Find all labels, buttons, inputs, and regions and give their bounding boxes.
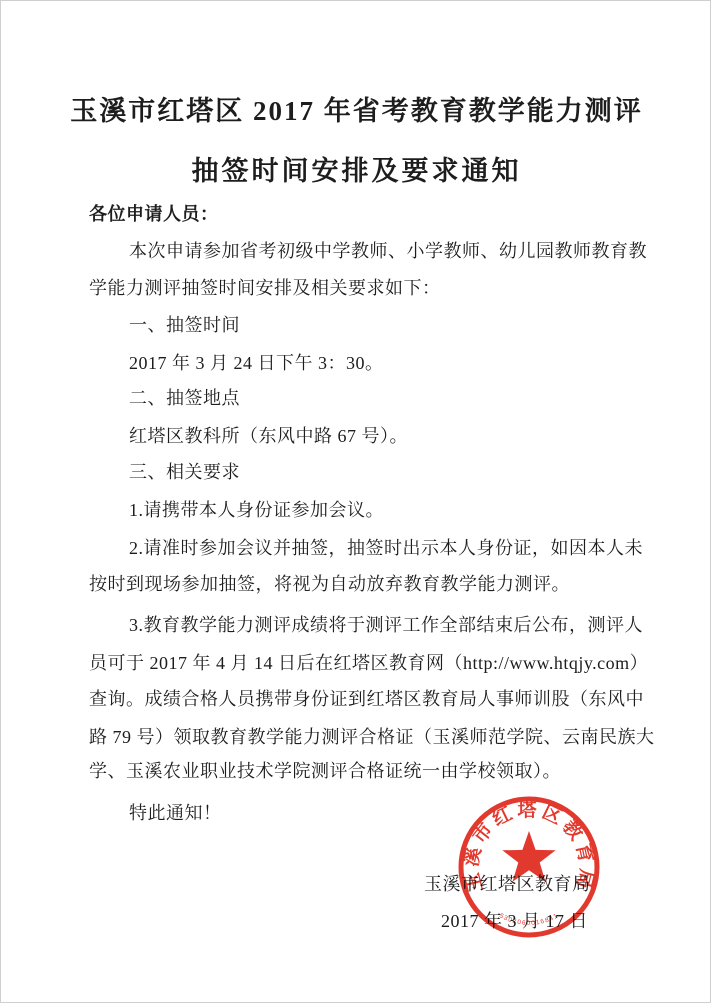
- document-line: 特此通知！: [89, 800, 222, 826]
- document-page: 玉溪市红塔区 2017 年省考教育教学能力测评 抽签时间安排及要求通知 各位申请…: [0, 0, 711, 1003]
- seal-star: [502, 831, 555, 882]
- document-line: 各位申请人员：: [89, 201, 219, 227]
- document-line: 路 79 号）领取教育教学能力测评合格证（玉溪师范学院、云南民族大: [89, 724, 655, 750]
- document-title-line2: 抽签时间安排及要求通知: [1, 154, 711, 188]
- seal-code: 5302060016841: [498, 912, 560, 927]
- document-line: 3.教育教学能力测评成绩将于测评工作全部结束后公布，测评人: [89, 612, 643, 638]
- document-line: 二、抽签地点: [89, 385, 240, 411]
- document-line: 2017 年 3 月 24 日下午 3：30。: [89, 350, 384, 376]
- document-line: 按时到现场参加抽签，将视为自动放弃教育教学能力测评。: [89, 571, 570, 597]
- document-line: 学能力测评抽签时间安排及相关要求如下：: [89, 275, 441, 301]
- official-seal: 玉溪市红塔区教育局 5302060016841: [457, 795, 601, 939]
- document-line: 学、玉溪农业职业技术学院测评合格证统一由学校领取）。: [89, 758, 561, 784]
- document-line: 本次申请参加省考初级中学教师、小学教师、幼儿园教师教育教: [89, 238, 647, 264]
- document-line: 2.请准时参加会议并抽签，抽签时出示本人身份证，如因本人未: [89, 535, 643, 561]
- document-line: 1.请携带本人身份证参加会议。: [89, 497, 384, 523]
- document-line: 红塔区教科所（东风中路 67 号）。: [89, 423, 408, 449]
- document-title-line1: 玉溪市红塔区 2017 年省考教育教学能力测评: [1, 94, 711, 128]
- document-line: 一、抽签时间: [89, 312, 240, 338]
- document-line: 查询。成绩合格人员携带身份证到红塔区教育局人事师训股（东风中: [89, 686, 644, 712]
- document-line: 员可于 2017 年 4 月 14 日后在红塔区教育网（http://www.h…: [89, 650, 648, 676]
- document-line: 三、相关要求: [89, 459, 240, 485]
